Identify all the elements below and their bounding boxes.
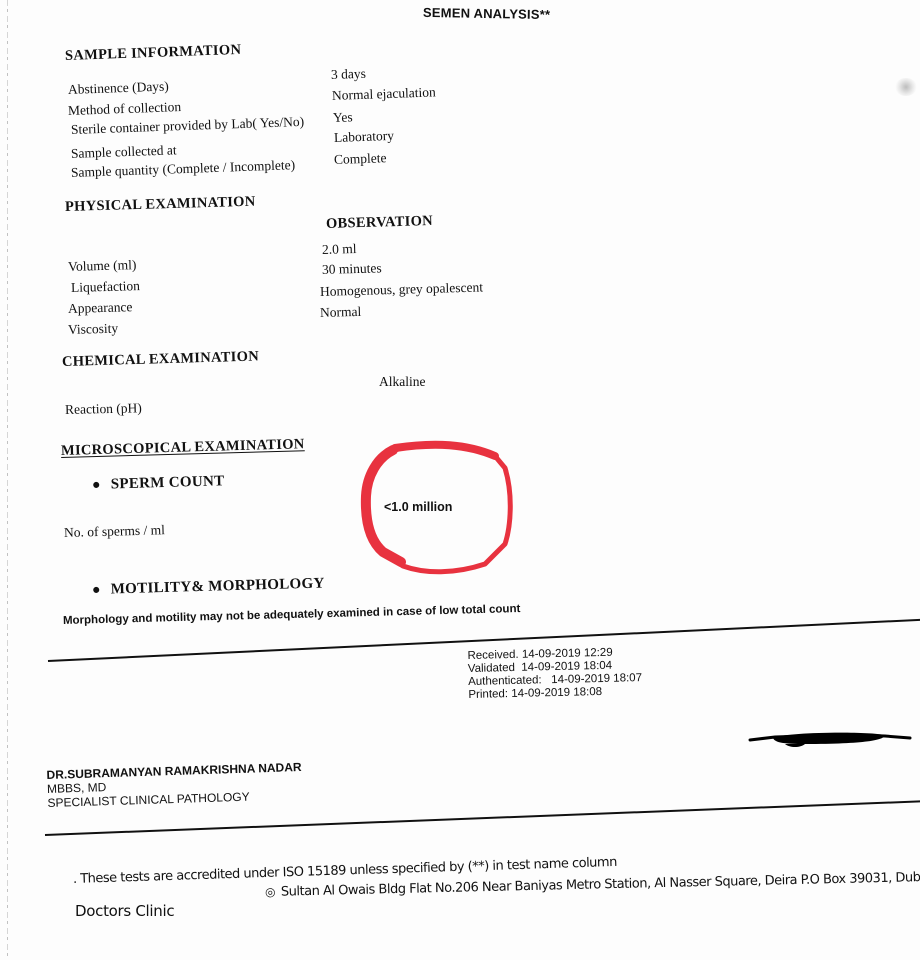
physical-value-liquefaction: 30 minutes	[322, 260, 382, 278]
sample-info-value-method: Normal ejaculation	[332, 84, 436, 104]
physical-label-viscosity: Viscosity	[68, 321, 119, 338]
timestamp-label: Received.	[467, 649, 518, 662]
physical-value-appearance: Homogenous, grey opalescent	[320, 279, 483, 300]
chemical-examination-heading: CHEMICAL EXAMINATION	[62, 349, 259, 371]
bullet-icon: ●	[92, 478, 101, 494]
timestamp-label: Validated	[468, 662, 515, 675]
chemical-label-reaction: Reaction (pH)	[65, 400, 142, 418]
timestamp-label: Authenticated:	[468, 674, 542, 688]
sperm-count-value: <1.0 million	[384, 500, 452, 514]
physical-label-liquefaction: Liquefaction	[71, 278, 140, 296]
sample-information-heading: SAMPLE INFORMATION	[65, 42, 242, 65]
sample-info-label-method: Method of collection	[68, 99, 182, 119]
report-title: SEMEN ANALYSIS**	[423, 5, 550, 22]
sperm-count-heading-text: SPERM COUNT	[111, 473, 225, 492]
location-pin-icon: ◎	[265, 885, 275, 899]
paper-smudge	[895, 78, 917, 96]
timestamp-value: 14-09-2019 18:07	[551, 672, 642, 686]
motility-morphology-note: Morphology and motility may not be adequ…	[63, 603, 521, 627]
chemical-value-reaction: Alkaline	[379, 374, 426, 390]
sperm-count-heading: ●SPERM COUNT	[92, 473, 225, 494]
sample-info-label-collected-at: Sample collected at	[71, 142, 177, 162]
paper-edge	[7, 0, 8, 960]
timestamp-value: 14-09-2019 18:08	[511, 686, 602, 700]
sample-info-value-quantity: Complete	[334, 150, 387, 168]
timestamp-label: Printed:	[468, 688, 508, 701]
sample-info-value-abstinence: 3 days	[331, 66, 366, 83]
timestamps-block: Received. 14-09-2019 12:29 Validated 14-…	[467, 646, 642, 702]
microscopical-examination-heading: MICROSCOPICAL EXAMINATION	[61, 436, 305, 460]
sperm-count-label: No. of sperms / ml	[64, 522, 165, 541]
physical-value-viscosity: Normal	[320, 304, 362, 321]
observation-column-header: OBSERVATION	[326, 213, 433, 233]
sample-info-value-container: Yes	[333, 109, 353, 126]
physical-label-appearance: Appearance	[68, 299, 133, 317]
timestamp-value: 14-09-2019 12:29	[522, 647, 613, 661]
clinic-name: Doctors Clinic	[75, 902, 174, 920]
bullet-icon: ●	[92, 583, 101, 599]
lab-report-page: SEMEN ANALYSIS** SAMPLE INFORMATION Abst…	[0, 0, 920, 960]
physical-label-volume: Volume (ml)	[68, 257, 137, 275]
motility-morphology-heading-text: MOTILITY& MORPHOLOGY	[111, 576, 325, 598]
signatory-block: DR.SUBRAMANYAN RAMAKRISHNA NADAR MBBS, M…	[46, 760, 302, 810]
sample-info-label-abstinence: Abstinence (Days)	[68, 78, 169, 98]
physical-value-volume: 2.0 ml	[322, 241, 357, 258]
signature-redaction	[745, 726, 915, 754]
timestamp-printed: Printed: 14-09-2019 18:08	[468, 685, 642, 702]
timestamp-value: 14-09-2019 18:04	[521, 660, 612, 674]
motility-morphology-heading: ●MOTILITY& MORPHOLOGY	[92, 576, 325, 599]
physical-examination-heading: PHYSICAL EXAMINATION	[65, 194, 256, 216]
sample-info-value-collected-at: Laboratory	[334, 128, 395, 146]
